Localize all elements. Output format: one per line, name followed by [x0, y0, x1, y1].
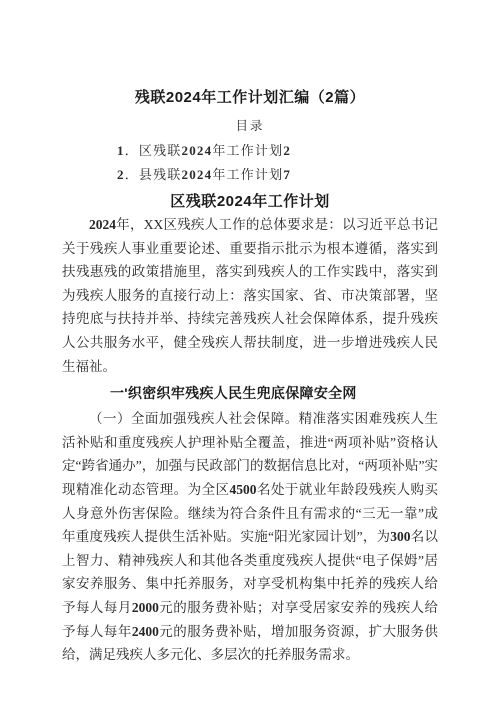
plan1-section1-paragraph: （一）全面加强残疾人社会保障。精准落实困难残疾人生活补贴和重度残疾人护理补贴全覆…: [62, 407, 438, 667]
toc-item: 2．县残联2024年工作计划7: [62, 167, 438, 182]
plan1-heading: 区残联2024年工作计划: [62, 192, 438, 211]
document-page: 残联2024年工作计划汇编（2篇） 目录 1．区残联2024年工作计划2 2．县…: [0, 0, 500, 707]
document-viewport: { "document": { "title": "残联2024年工作计划汇编（…: [0, 0, 500, 707]
plan1-section1-heading: 一'织密织牢残疾人民生兜底保障安全网: [110, 382, 438, 405]
plan1-intro-paragraph: 2024年，XX区残疾人工作的总体要求是：以习近平总书记关于残疾人事业重要论述、…: [62, 213, 438, 378]
document-title: 残联2024年工作计划汇编（2篇）: [62, 88, 438, 107]
toc-heading: 目录: [62, 118, 438, 134]
table-of-contents: 目录 1．区残联2024年工作计划2 2．县残联2024年工作计划7: [62, 118, 438, 182]
toc-item: 1．区残联2024年工作计划2: [62, 143, 438, 158]
